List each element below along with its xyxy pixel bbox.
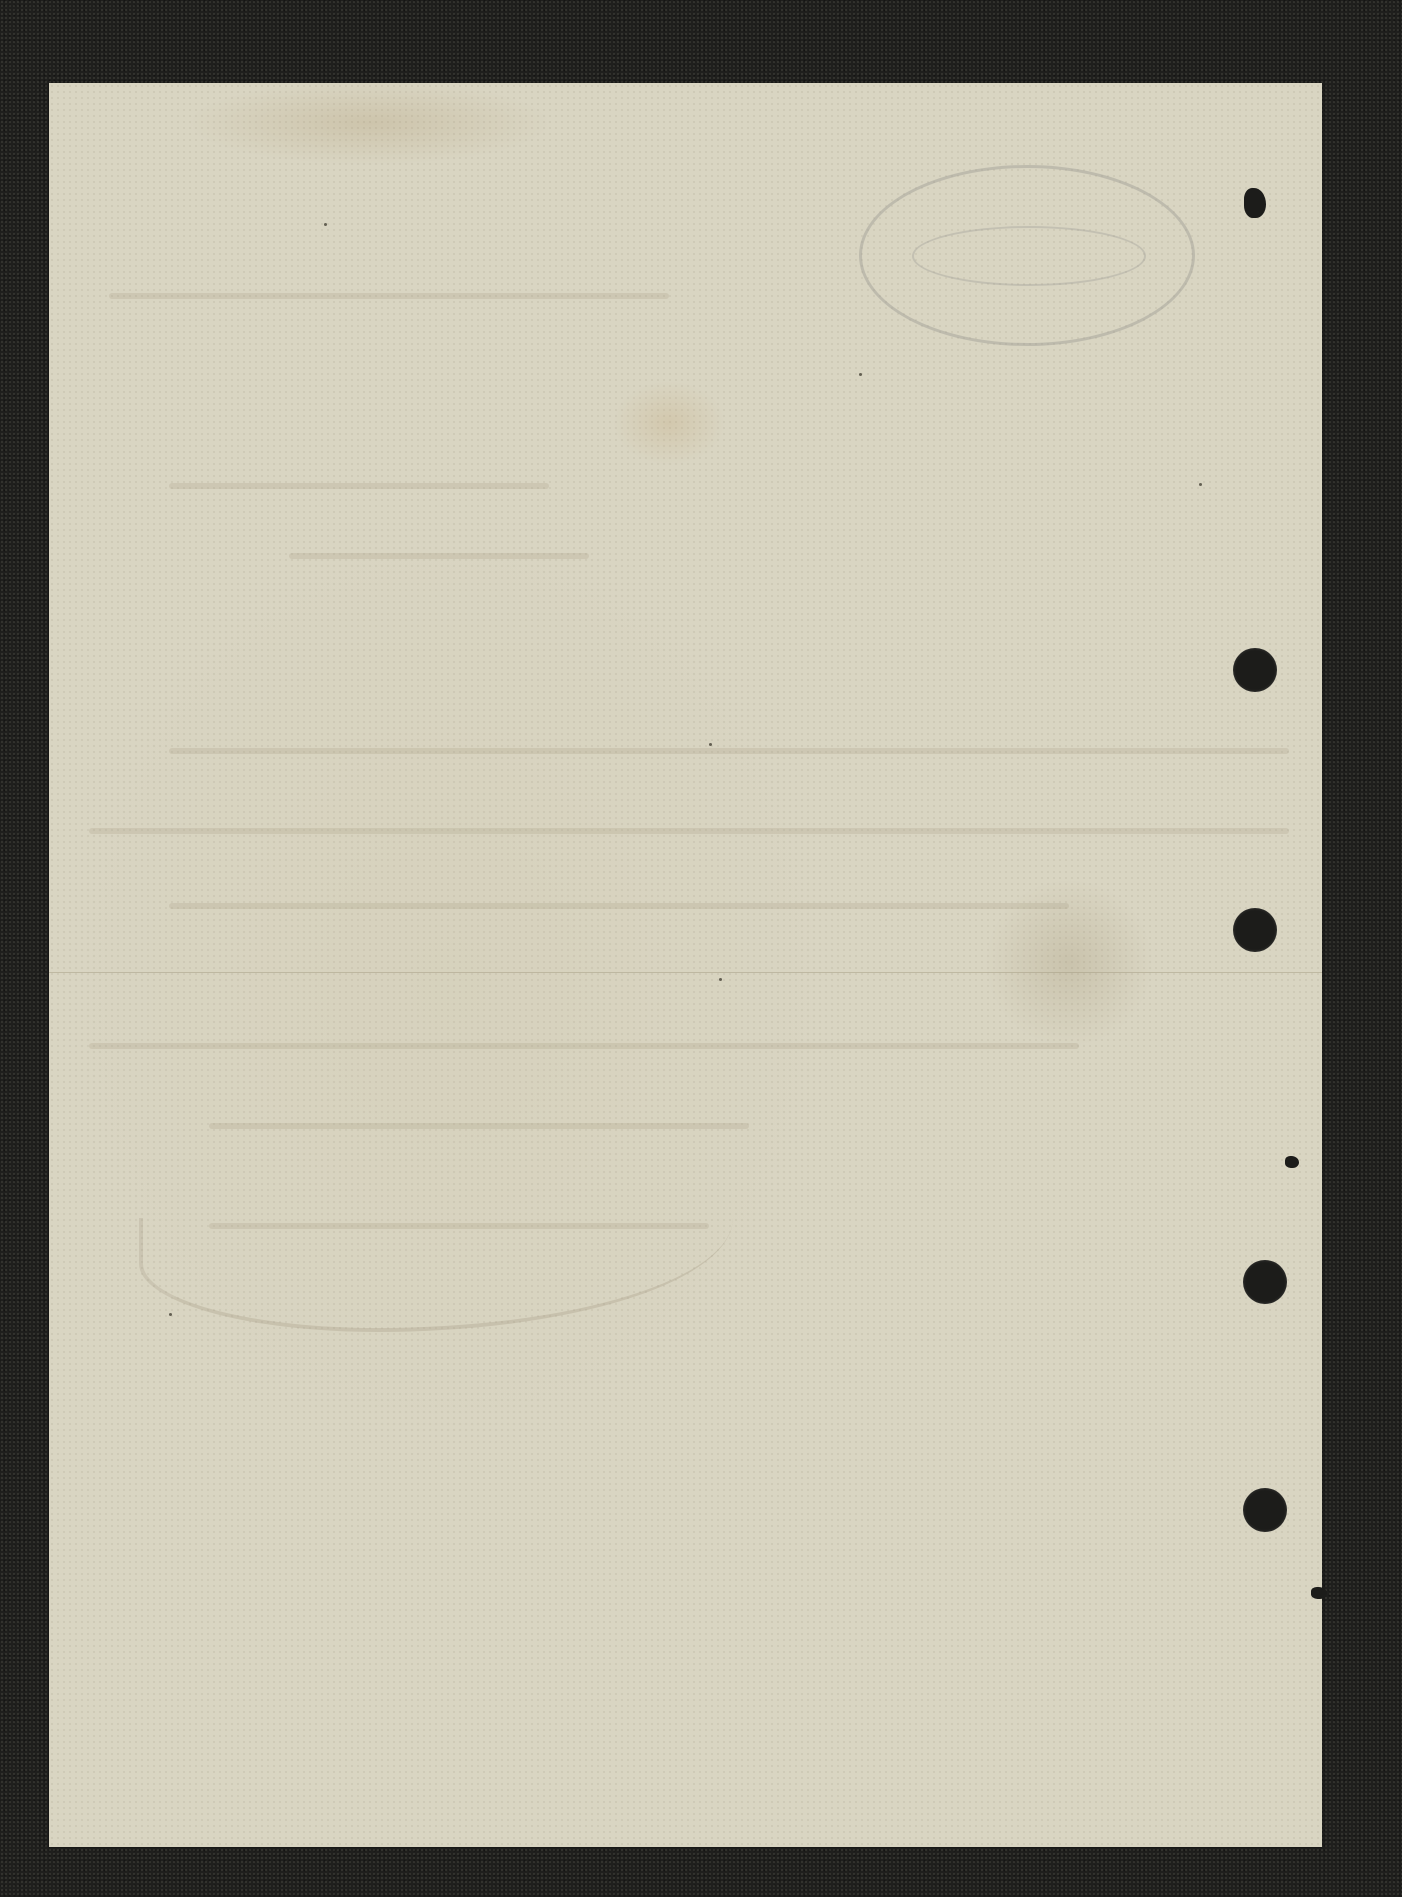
bleed-through-line: [89, 1043, 1079, 1049]
punch-hole-icon: [1233, 648, 1277, 692]
signature-flourish: [139, 1218, 733, 1332]
ink-speck: [719, 978, 722, 981]
fold-line: [49, 972, 1322, 973]
bleed-through-line: [169, 748, 1289, 754]
ink-speck: [169, 1313, 172, 1316]
bleed-through-line: [209, 1123, 749, 1129]
torn-mark-icon: [1311, 1587, 1327, 1599]
torn-mark-icon: [1244, 188, 1266, 218]
bleed-through-line: [89, 828, 1289, 834]
ink-speck: [859, 373, 862, 376]
punch-hole-icon: [1243, 1488, 1287, 1532]
bleed-through-line: [169, 483, 549, 489]
paper-sheet: [49, 83, 1322, 1847]
ink-speck: [324, 223, 327, 226]
bleed-through-line: [289, 553, 589, 559]
oval-stamp-inner-ring: [912, 226, 1146, 286]
oval-stamp-icon: [859, 165, 1195, 346]
bleed-through-line: [169, 903, 1069, 909]
bleed-through-line: [109, 293, 669, 299]
torn-mark-icon: [1285, 1156, 1299, 1168]
ink-speck: [709, 743, 712, 746]
punch-hole-icon: [1233, 908, 1277, 952]
punch-hole-icon: [1243, 1260, 1287, 1304]
ink-speck: [1199, 483, 1202, 486]
